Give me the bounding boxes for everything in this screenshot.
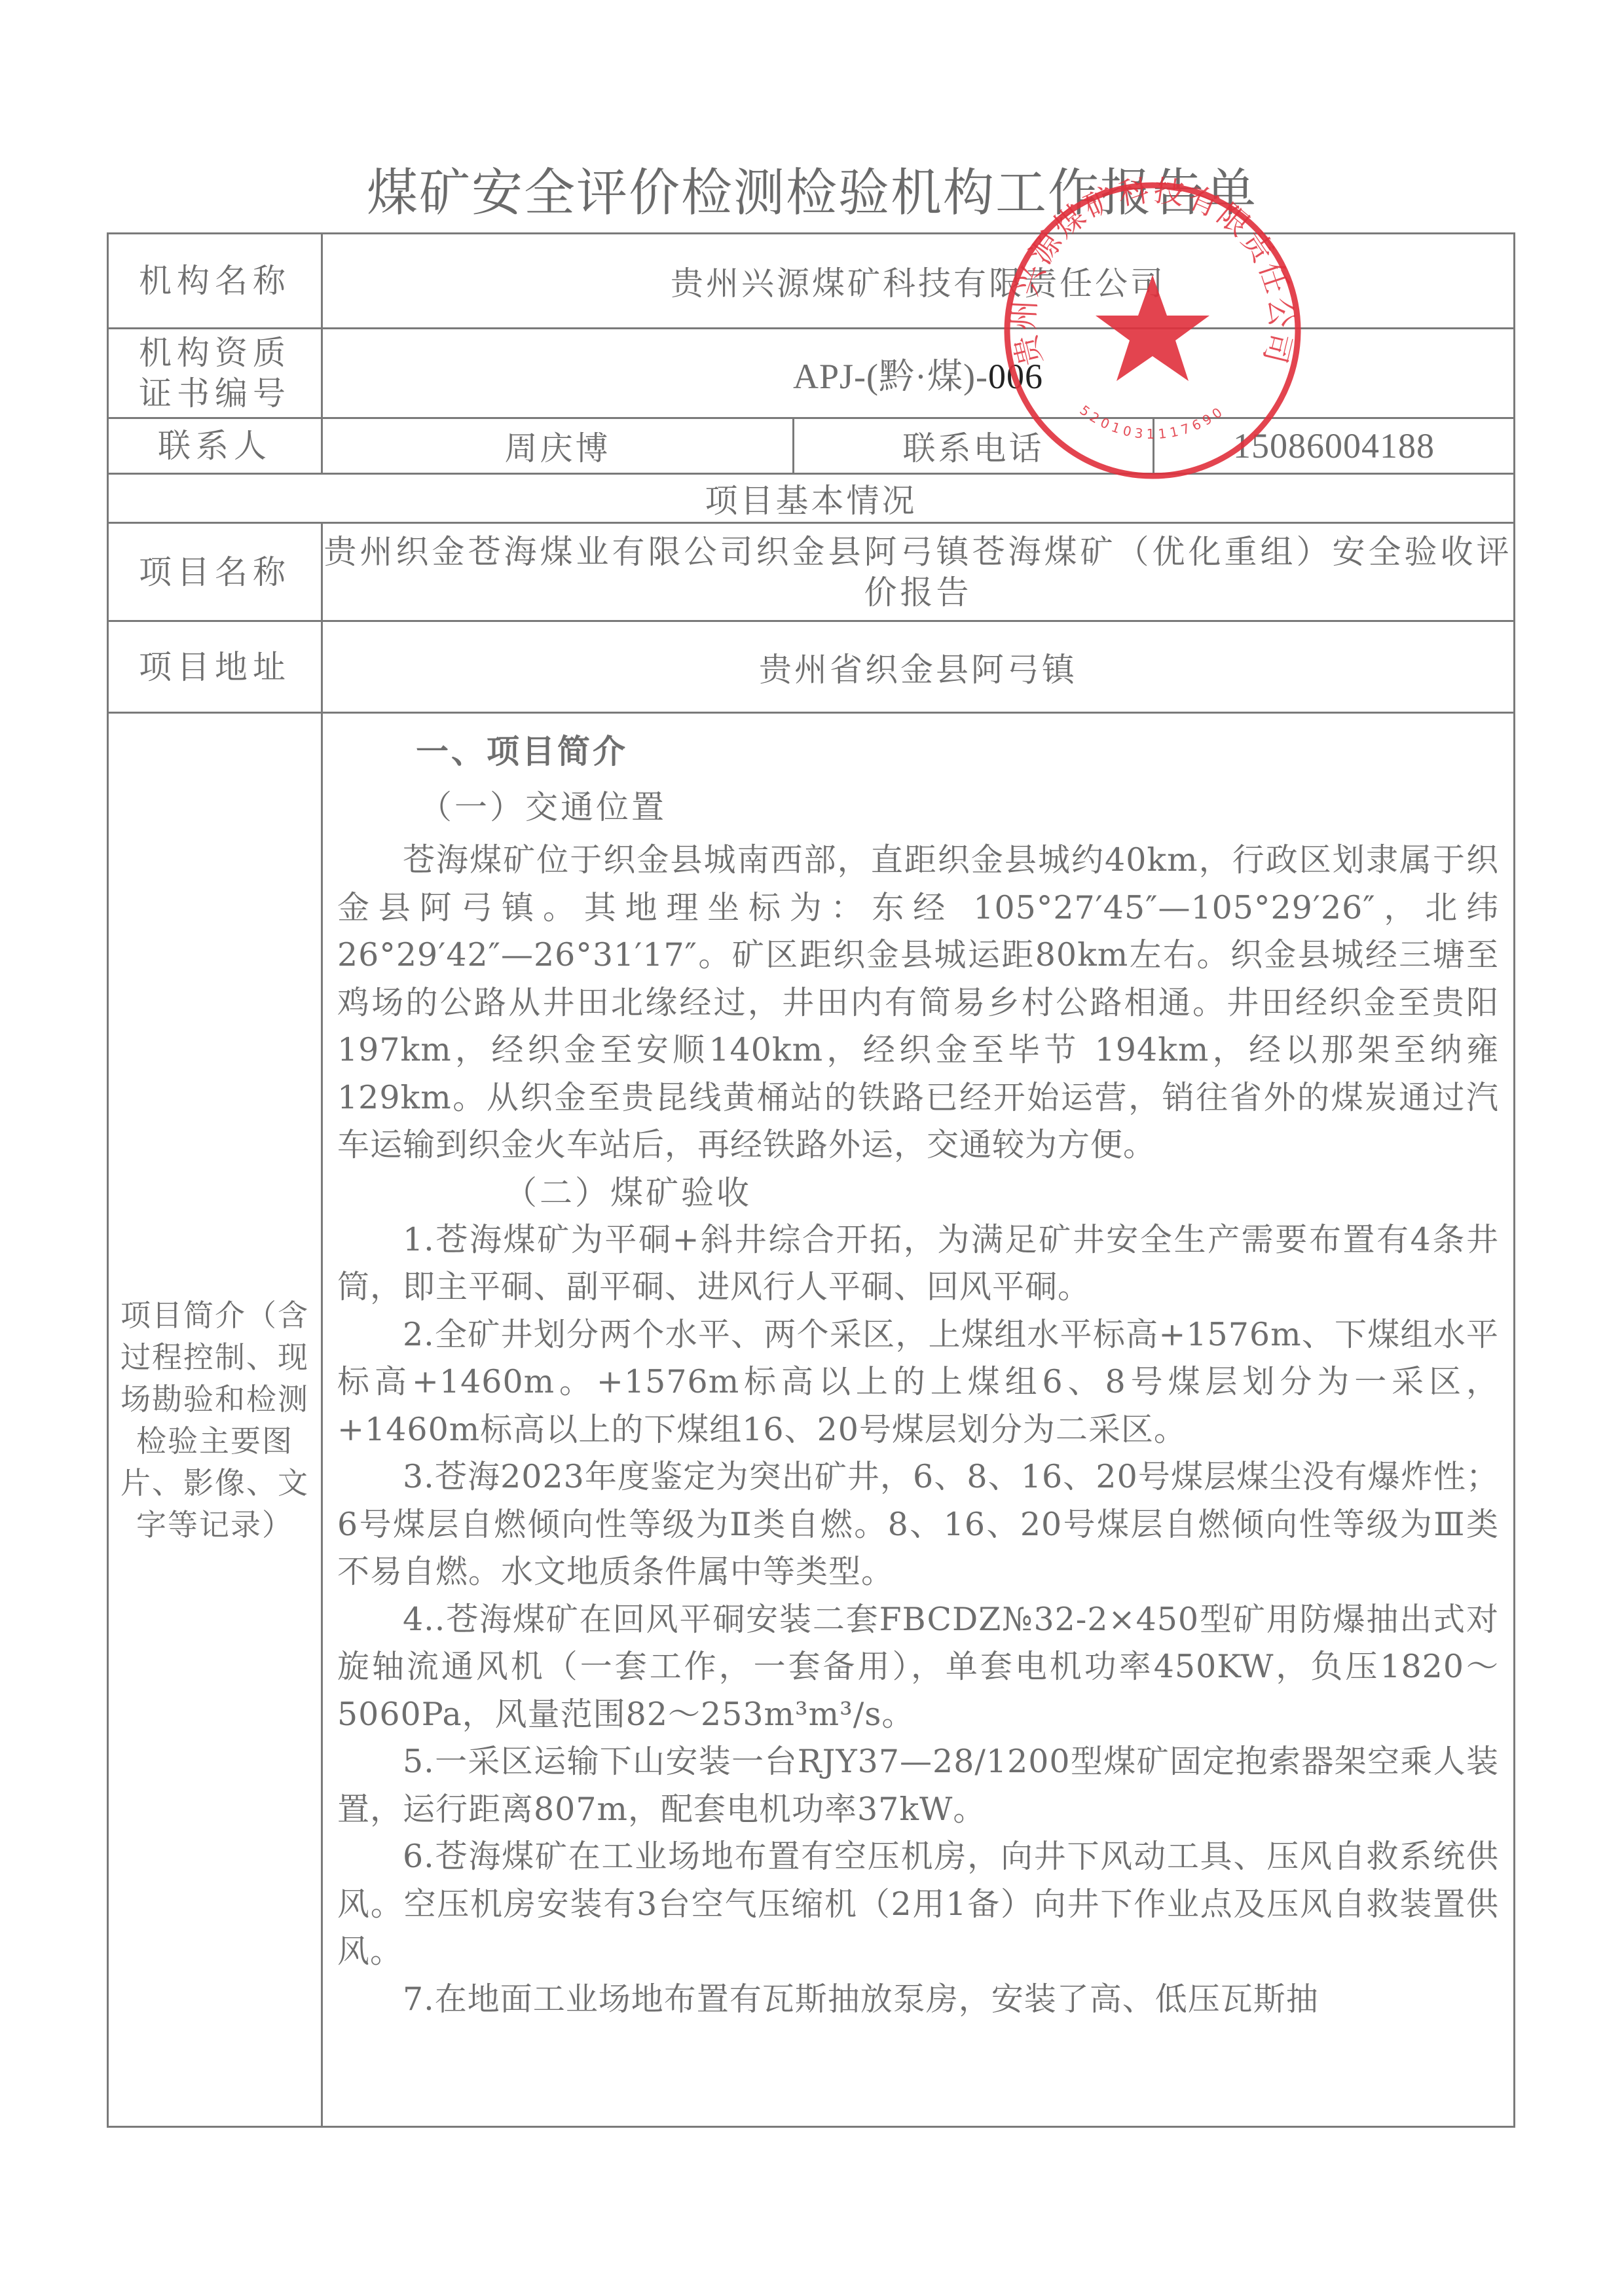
project-name-label: 项目名称 [108,523,322,621]
cert-label: 机构资质 证书编号 [108,329,322,418]
project-name-value: 贵州织金苍海煤业有限公司织金县阿弓镇苍海煤矿（优化重组）安全验收评价报告 [322,523,1515,621]
row-section-header: 项目基本情况 [108,474,1515,523]
cert-label-line1: 机构资质 [109,333,321,373]
row-project-summary: 项目简介（含过程控制、现场勘验和检测检验主要图片、影像、文字等记录） 一、项目简… [108,713,1515,2127]
contact-value: 周庆博 [322,418,794,474]
cert-prefix: APJ-(黔·煤)- [793,357,988,396]
row-cert: 机构资质 证书编号 APJ-(黔·煤)-006 [108,329,1515,418]
list-item: 6.苍海煤矿在工业场地布置有空压机房，向井下风动工具、压风自救系统供风。空压机房… [337,1833,1499,1976]
phone-value: 15086004188 [1154,418,1515,474]
subheading-traffic: （一）交通位置 [337,778,1499,837]
project-address-value: 贵州省织金县阿弓镇 [322,621,1515,713]
list-item: 5.一采区运输下山安装一台RJY37—28/1200型煤矿固定抱索器架空乘人装置… [337,1738,1499,1833]
section-header: 项目基本情况 [108,474,1515,523]
row-org-name: 机构名称 贵州兴源煤矿科技有限责任公司 [108,234,1515,329]
document-title: 煤矿安全评价检测检验机构工作报告单 [0,152,1624,225]
project-summary-label: 项目简介（含过程控制、现场勘验和检测检验主要图片、影像、文字等记录） [108,713,322,2127]
list-item: 2.全矿井划分两个水平、两个采区，上煤组水平标高+1576m、下煤组水平标高+1… [337,1311,1499,1454]
phone-label: 联系电话 [794,418,1154,474]
cert-value: APJ-(黔·煤)-006 [322,329,1515,418]
list-item: 4..苍海煤矿在回风平硐安装二套FBCDZ№32-2×450型矿用防爆抽出式对旋… [337,1596,1499,1739]
row-contact: 联系人 周庆博 联系电话 15086004188 [108,418,1515,474]
subheading-acceptance: （二）煤矿验收 [337,1169,1499,1216]
list-item: 7.在地面工业场地布置有瓦斯抽放泵房，安装了高、低压瓦斯抽 [337,1976,1499,2024]
summary-heading: 一、项目简介 [337,725,1499,778]
project-address-label: 项目地址 [108,621,322,713]
cert-number: 006 [988,357,1043,396]
list-item: 3.苍海2023年度鉴定为突出矿井，6、8、16、20号煤层煤尘没有爆炸性；6号… [337,1453,1499,1596]
cert-label-line2: 证书编号 [109,373,321,414]
row-project-name: 项目名称 贵州织金苍海煤业有限公司织金县阿弓镇苍海煤矿（优化重组）安全验收评价报… [108,523,1515,621]
org-name-value: 贵州兴源煤矿科技有限责任公司 [322,234,1515,329]
paragraph-traffic: 苍海煤矿位于织金县城南西部，直距织金县城约40km，行政区划隶属于织金县阿弓镇。… [337,837,1499,1169]
project-summary-content: 一、项目简介 （一）交通位置 苍海煤矿位于织金县城南西部，直距织金县城约40km… [322,713,1515,2127]
org-name-label: 机构名称 [108,234,322,329]
contact-label: 联系人 [108,418,322,474]
list-item: 1.苍海煤矿为平硐+斜井综合开拓，为满足矿井安全生产需要布置有4条井筒，即主平硐… [337,1216,1499,1311]
report-form-table: 机构名称 贵州兴源煤矿科技有限责任公司 机构资质 证书编号 APJ-(黔·煤)-… [107,232,1515,2128]
row-project-address: 项目地址 贵州省织金县阿弓镇 [108,621,1515,713]
